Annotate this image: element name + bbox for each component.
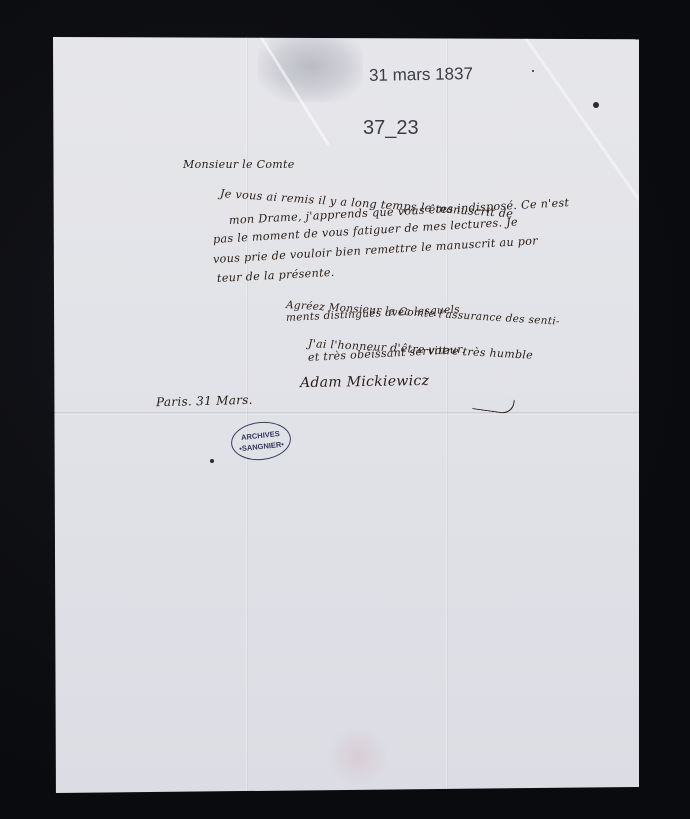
pencil-date-annotation: 31 mars 1837 <box>369 64 473 86</box>
vertical-fold-left <box>246 37 248 793</box>
body-line: teur de la présente. <box>217 266 335 285</box>
ink-spot <box>210 459 214 463</box>
paper-stain-lower <box>328 727 388 787</box>
letter-paper: 31 mars 1837 37_23 Monsieur le Comte Je … <box>53 37 639 793</box>
archives-stamp: ARCHIVES •SANGNIER• <box>229 419 293 463</box>
letter-salutation: Monsieur le Comte <box>183 158 295 171</box>
horizontal-fold <box>53 412 639 415</box>
signature: Adam Mickiewicz <box>300 373 429 391</box>
diagonal-crease-right <box>523 35 640 201</box>
vertical-fold-right <box>446 37 448 793</box>
pencil-reference-number: 37_23 <box>363 117 419 140</box>
ink-spot <box>532 70 534 72</box>
paper-stain <box>258 37 363 102</box>
place-date: Paris. 31 Mars. <box>156 393 253 410</box>
ink-spot <box>593 102 599 108</box>
